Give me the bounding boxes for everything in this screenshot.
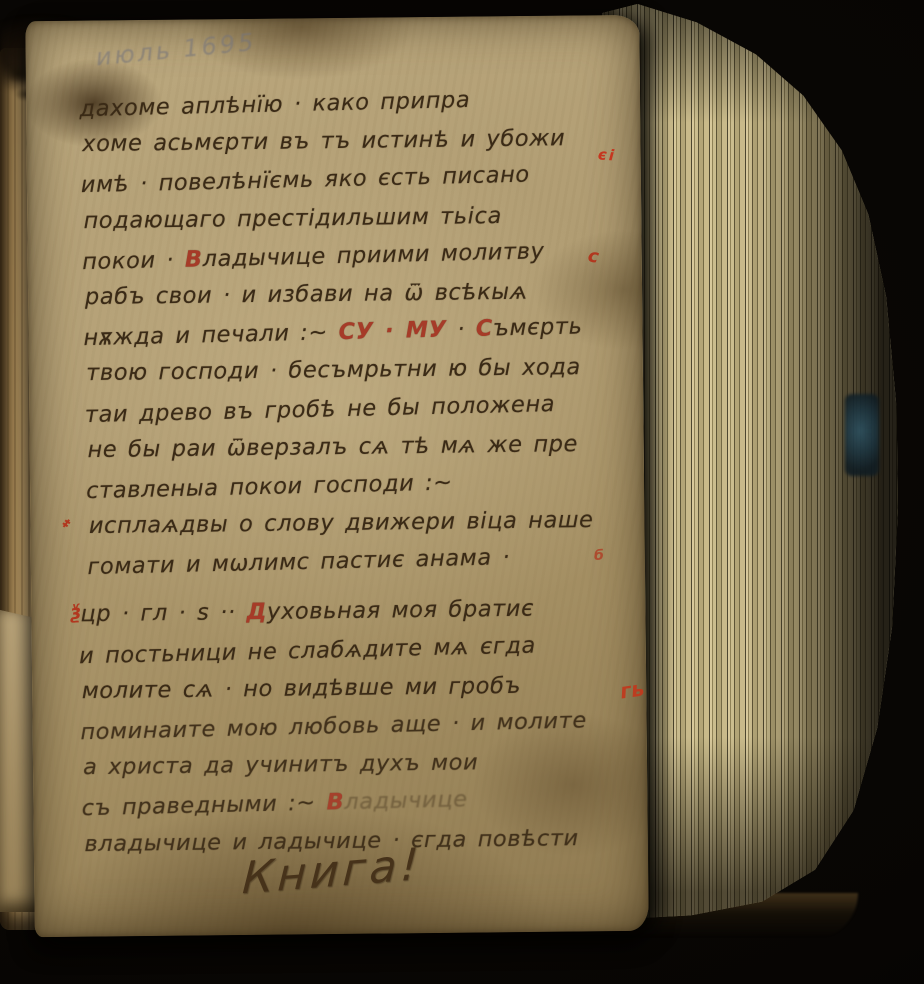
- ink-text: исплаѧдвы о слову движери віца наше: [89, 507, 594, 539]
- rubric-text: С: [476, 316, 494, 342]
- ink-text: нѫжда и печали :~: [83, 319, 339, 351]
- ink-text: ладычице: [344, 787, 468, 816]
- ink-text: съ праведными :~: [81, 790, 326, 822]
- ink-text: подающаго престідильшим тьіса: [83, 203, 502, 234]
- rubric-text: В: [326, 789, 344, 815]
- ink-text: ·: [446, 316, 476, 343]
- ink-text: хоме асьмєрти въ тъ истинѣ и убожи: [82, 125, 565, 157]
- bookmark-tab: [845, 394, 879, 476]
- quire-mark-fore-edge-upper: єі: [597, 145, 616, 164]
- rubric-mark-right-line13: б: [594, 548, 604, 564]
- ink-text: цр · гл · ѕ ··: [80, 600, 246, 628]
- ink-text: дахоме аплѣнїю · како припра: [79, 87, 470, 122]
- ink-text: молите сѧ · но видѣвше ми гробъ: [82, 673, 522, 704]
- ink-text: покои ·: [82, 246, 185, 274]
- rubric-text: В: [185, 246, 203, 272]
- rubric-mark-left-line12: ҂: [62, 512, 72, 531]
- ink-text: рабъ свои · и избави на ѿ всѣкыѧ: [85, 279, 528, 310]
- ink-text: а христа да учинитъ духъ мои: [83, 750, 478, 781]
- rubric-text: СУ · МУ: [338, 317, 447, 346]
- ink-text: ъмєрть: [493, 314, 583, 342]
- ink-text: уховьная моя братиє: [267, 596, 534, 625]
- text-block: дахоме аплѣнїю · како припрахоме асьмєрт…: [79, 85, 624, 870]
- rubric-mark-left-line14: ѯ: [69, 599, 83, 624]
- manuscript-page: июль 1695 дахоме аплѣнїю · како припрахо…: [25, 15, 649, 937]
- rubric-text: Д: [246, 599, 267, 625]
- pencil-inscription: июль 1695: [95, 28, 258, 72]
- ink-text: твою господи · бесъмрьтни ю бы хода: [86, 354, 581, 386]
- quire-mark-fore-edge-lower: гь: [618, 676, 645, 703]
- photo-frame: июль 1695 дахоме аплѣнїю · како припрахо…: [0, 0, 924, 984]
- ink-text: не бы раи ѿверзалъ сѧ тѣ мѧ же пре: [87, 431, 578, 463]
